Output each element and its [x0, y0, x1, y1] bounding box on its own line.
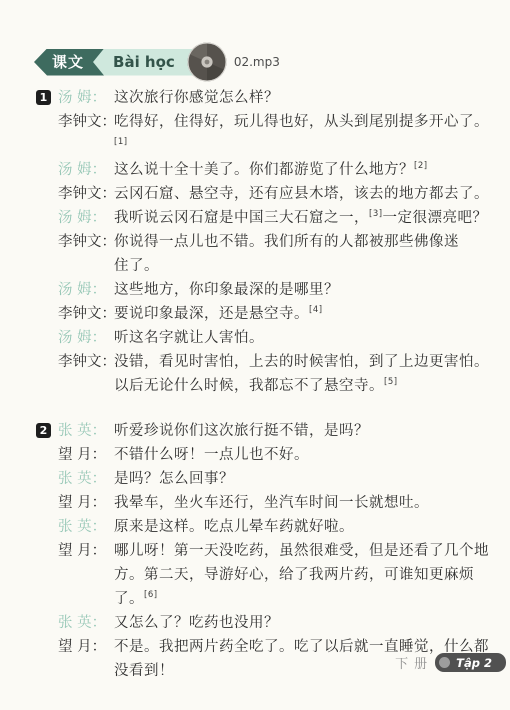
- speaker-name: 张 英：: [58, 467, 114, 491]
- lesson-header: 课文 Bài học 02.mp3: [34, 42, 280, 82]
- dialogue-text: 又怎么了？吃药也没用？: [114, 611, 502, 635]
- dialogue-number-spacer: [36, 350, 58, 398]
- dialogue-number-spacer: [36, 230, 58, 278]
- dialogue-turn: 张 英：原来是这样。吃点儿晕车药就好啦。: [36, 515, 502, 539]
- dialogue-number-cell: 2: [36, 419, 58, 443]
- dialogue-turn: 李钟文：要说印象最深，还是悬空寺。[4]: [36, 302, 502, 326]
- dialogue-number-spacer: [36, 491, 58, 515]
- lesson-dialogues: 1汤 姆：这次旅行你感觉怎么样？李钟文：吃得好，住得好，玩儿得也好，从头到尾别提…: [36, 86, 502, 704]
- footnote-ref: [6]: [144, 590, 158, 600]
- dialogue-number-badge: 1: [36, 90, 51, 105]
- speaker-name: 汤 姆：: [58, 206, 114, 230]
- dialogue-turn: 李钟文：云冈石窟、悬空寺，还有应县木塔，该去的地方都去了。: [36, 182, 502, 206]
- dialogue-turn: 汤 姆：听这名字就让人害怕。: [36, 326, 502, 350]
- dialogue-turn: 1汤 姆：这次旅行你感觉怎么样？: [36, 86, 502, 110]
- dialogue-turn: 汤 姆：这么说十全十美了。你们都游览了什么地方？[2]: [36, 158, 502, 182]
- dialogue-turn: 张 英：是吗？怎么回事？: [36, 467, 502, 491]
- speaker-name: 张 英：: [58, 419, 114, 443]
- page-footer: 下册 Tập 2: [395, 653, 506, 672]
- speaker-name: 李钟文：: [58, 110, 114, 158]
- footnote-ref: [1]: [114, 137, 128, 147]
- speaker-name: 张 英：: [58, 515, 114, 539]
- dialogue-text: 我听说云冈石窟是中国三大石窟之一，[3]一定很漂亮吧？: [114, 206, 502, 230]
- footnote-ref: [2]: [414, 161, 428, 171]
- dialogue-number-cell: 1: [36, 86, 58, 110]
- dialogue-text: 原来是这样。吃点儿晕车药就好啦。: [114, 515, 502, 539]
- dialogue-number-spacer: [36, 611, 58, 635]
- dialogue-turn: 汤 姆：这些地方，你印象最深的是哪里？: [36, 278, 502, 302]
- volume-label-chinese: 下册: [395, 653, 433, 672]
- dialogue-text: 你说得一点儿也不错。我们所有的人都被那些佛像迷住了。: [114, 230, 502, 278]
- dialogue-section: 2张 英：听爱珍说你们这次旅行挺不错，是吗？望 月：不错什么呀！一点儿也不好。张…: [36, 419, 502, 683]
- volume-badge-dot-icon: [439, 657, 450, 668]
- dialogue-number-spacer: [36, 182, 58, 206]
- dialogue-section: 1汤 姆：这次旅行你感觉怎么样？李钟文：吃得好，住得好，玩儿得也好，从头到尾别提…: [36, 86, 502, 398]
- dialogue-turn: 李钟文：你说得一点儿也不错。我们所有的人都被那些佛像迷住了。: [36, 230, 502, 278]
- dialogue-turn: 望 月：哪儿呀！第一天没吃药，虽然很难受，但是还看了几个地方。第二天，导游好心，…: [36, 539, 502, 611]
- dialogue-text: 云冈石窟、悬空寺，还有应县木塔，该去的地方都去了。: [114, 182, 502, 206]
- speaker-name: 汤 姆：: [58, 158, 114, 182]
- dialogue-text: 是吗？怎么回事？: [114, 467, 502, 491]
- dialogue-number-badge: 2: [36, 423, 51, 438]
- dialogue-turn: 望 月：我晕车，坐火车还行，坐汽车时间一长就想吐。: [36, 491, 502, 515]
- dialogue-number-spacer: [36, 278, 58, 302]
- dialogue-number-spacer: [36, 206, 58, 230]
- dialogue-text: 没错，看见时害怕，上去的时候害怕，到了上边更害怕。以后无论什么时候，我都忘不了悬…: [114, 350, 502, 398]
- volume-label-vietnamese: Tập 2: [456, 656, 492, 670]
- footnote-ref: [3]: [369, 209, 383, 219]
- dialogue-number-spacer: [36, 110, 58, 158]
- dialogue-number-spacer: [36, 443, 58, 467]
- speaker-name: 张 英：: [58, 611, 114, 635]
- speaker-name: 李钟文：: [58, 350, 114, 398]
- dialogue-text: 要说印象最深，还是悬空寺。[4]: [114, 302, 502, 326]
- dialogue-turn: 李钟文：吃得好，住得好，玩儿得也好，从头到尾别提多开心了。[1]: [36, 110, 502, 158]
- dialogue-text: 这些地方，你印象最深的是哪里？: [114, 278, 502, 302]
- dialogue-number-spacer: [36, 635, 58, 683]
- speaker-name: 望 月：: [58, 491, 114, 515]
- dialogue-text: 哪儿呀！第一天没吃药，虽然很难受，但是还看了几个地方。第二天，导游好心，给了我两…: [114, 539, 502, 611]
- dialogue-number-spacer: [36, 326, 58, 350]
- speaker-name: 汤 姆：: [58, 278, 114, 302]
- dialogue-number-spacer: [36, 539, 58, 611]
- dialogue-turn: 2张 英：听爱珍说你们这次旅行挺不错，是吗？: [36, 419, 502, 443]
- dialogue-number-spacer: [36, 467, 58, 491]
- speaker-name: 望 月：: [58, 443, 114, 467]
- speaker-name: 汤 姆：: [58, 326, 114, 350]
- cd-disc-icon: [187, 42, 227, 82]
- speaker-name: 望 月：: [58, 539, 114, 611]
- dialogue-turn: 望 月：不错什么呀！一点儿也不好。: [36, 443, 502, 467]
- speaker-name: 汤 姆：: [58, 86, 114, 110]
- dialogue-text: 这次旅行你感觉怎么样？: [114, 86, 502, 110]
- footnote-ref: [4]: [309, 305, 323, 315]
- dialogue-text: 不错什么呀！一点儿也不好。: [114, 443, 502, 467]
- speaker-name: 李钟文：: [58, 182, 114, 206]
- dialogue-number-spacer: [36, 158, 58, 182]
- dialogue-text: 吃得好，住得好，玩儿得也好，从头到尾别提多开心了。[1]: [114, 110, 502, 158]
- volume-badge: Tập 2: [435, 653, 506, 672]
- speaker-name: 李钟文：: [58, 230, 114, 278]
- dialogue-number-spacer: [36, 302, 58, 326]
- dialogue-turn: 李钟文：没错，看见时害怕，上去的时候害怕，到了上边更害怕。以后无论什么时候，我都…: [36, 350, 502, 398]
- speaker-name: 李钟文：: [58, 302, 114, 326]
- dialogue-text: 听这名字就让人害怕。: [114, 326, 502, 350]
- dialogue-text: 听爱珍说你们这次旅行挺不错，是吗？: [114, 419, 502, 443]
- dialogue-number-spacer: [36, 515, 58, 539]
- dialogue-text: 这么说十全十美了。你们都游览了什么地方？[2]: [114, 158, 502, 182]
- dialogue-text: 我晕车，坐火车还行，坐汽车时间一长就想吐。: [114, 491, 502, 515]
- audio-filename: 02.mp3: [234, 55, 280, 69]
- footnote-ref: [5]: [384, 377, 398, 387]
- dialogue-turn: 张 英：又怎么了？吃药也没用？: [36, 611, 502, 635]
- dialogue-turn: 汤 姆：我听说云冈石窟是中国三大石窟之一，[3]一定很漂亮吧？: [36, 206, 502, 230]
- speaker-name: 望 月：: [58, 635, 114, 683]
